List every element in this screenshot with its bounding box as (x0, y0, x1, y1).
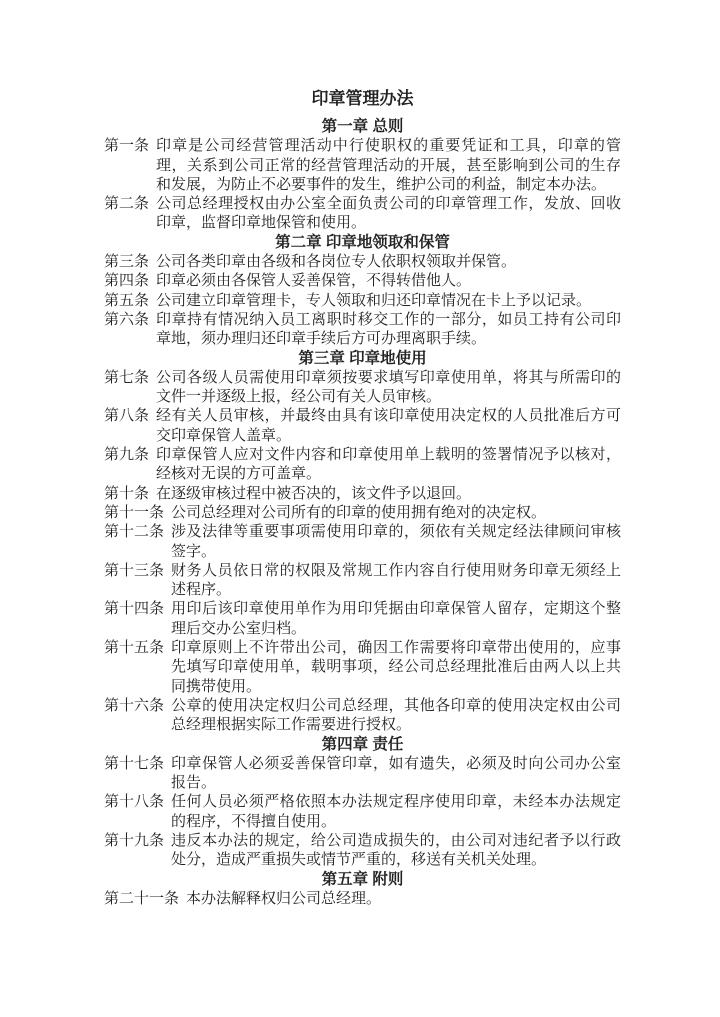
article-number: 第九条 (104, 445, 149, 464)
article-text: 印章保管人必须妥善保管印章，如有遗失，必须及时向公司办公室报告。 (171, 754, 621, 793)
article-number: 第一条 (104, 136, 149, 155)
article-row: 第三条公司各类印章由各级和各岗位专人依职权领取并保管。 (104, 252, 621, 271)
article-text: 经有关人员审核，并最终由具有该印章使用决定权的人员批准后方可交印章保管人盖章。 (156, 406, 621, 445)
article-text: 印章原则上不许带出公司，确因工作需要将印章带出使用的，应事先填写印章使用单，载明… (171, 638, 621, 696)
article-row: 第十五条印章原则上不许带出公司，确因工作需要将印章带出使用的，应事先填写印章使用… (104, 638, 621, 696)
article-row: 第十二条涉及法律等重要事项需使用印章的，须依有关规定经法律顾问审核签字。 (104, 522, 621, 561)
article-row: 第六条印章持有情况纳入员工离职时移交工作的一部分，如员工持有公司印章地，须办理归… (104, 310, 621, 349)
chapter-heading: 第一章 总则 (104, 117, 621, 136)
article-text: 在逐级审核过程中被否决的，该文件予以退回。 (156, 484, 621, 503)
article-row: 第十一条公司总经理对公司所有的印章的使用拥有绝对的决定权。 (104, 503, 621, 522)
article-row: 第十四条用印后该印章使用单作为用印凭据由印章保管人留存，定期这个整理后交办公室归… (104, 599, 621, 638)
article-row: 第十七条印章保管人必须妥善保管印章，如有遗失，必须及时向公司办公室报告。 (104, 754, 621, 793)
article-row: 第四条印章必须由各保管人妥善保管，不得转借他人。 (104, 271, 621, 290)
article-row: 第十九条违反本办法的规定，给公司造成损失的，由公司对违纪者予以行政处分，造成严重… (104, 831, 621, 870)
article-row: 第十条在逐级审核过程中被否决的，该文件予以退回。 (104, 484, 621, 503)
article-text: 印章必须由各保管人妥善保管，不得转借他人。 (156, 271, 621, 290)
article-number: 第十三条 (104, 561, 164, 580)
article-number: 第七条 (104, 368, 149, 387)
document-page: 印章管理办法 第一章 总则第一条印章是公司经营管理活动中行使职权的重要凭证和工具… (0, 0, 720, 1017)
article-row: 第八条经有关人员审核，并最终由具有该印章使用决定权的人员批准后方可交印章保管人盖… (104, 406, 621, 445)
article-number: 第十四条 (104, 599, 164, 618)
chapter-heading: 第二章 印章地领取和保管 (104, 233, 621, 252)
article-number: 第三条 (104, 252, 149, 271)
document-title: 印章管理办法 (104, 88, 621, 110)
article-number: 第五条 (104, 291, 149, 310)
article-number: 第十五条 (104, 638, 164, 657)
article-row: 第二条公司总经理授权由办公室全面负责公司的印章管理工作，发放、回收印章，监督印章… (104, 194, 621, 233)
article-text: 财务人员依日常的权限及常规工作内容自行使用财务印章无须经上述程序。 (171, 561, 621, 600)
article-text: 公章的使用决定权归公司总经理，其他各印章的使用决定权由公司总经理根据实际工作需要… (171, 696, 621, 735)
article-text: 印章是公司经营管理活动中行使职权的重要凭证和工具，印章的管理，关系到公司正常的经… (156, 136, 621, 194)
article-number: 第十八条 (104, 792, 164, 811)
document-body: 第一章 总则第一条印章是公司经营管理活动中行使职权的重要凭证和工具，印章的管理，… (104, 117, 621, 908)
article-number: 第六条 (104, 310, 149, 329)
article-text: 涉及法律等重要事项需使用印章的，须依有关规定经法律顾问审核签字。 (171, 522, 621, 561)
article-number: 第十九条 (104, 831, 164, 850)
article-number: 第十一条 (104, 503, 164, 522)
chapter-heading: 第三章 印章地使用 (104, 349, 621, 368)
article-row: 第十八条任何人员必须严格依照本办法规定程序使用印章，未经本办法规定的程序，不得擅… (104, 792, 621, 831)
article-number: 第四条 (104, 271, 149, 290)
article-text: 违反本办法的规定，给公司造成损失的，由公司对违纪者予以行政处分，造成严重损失或情… (171, 831, 621, 870)
article-row: 第二十一条本办法解释权归公司总经理。 (104, 889, 621, 908)
article-text: 公司总经理授权由办公室全面负责公司的印章管理工作，发放、回收印章，监督印章地保管… (156, 194, 621, 233)
article-number: 第十七条 (104, 754, 164, 773)
chapter-heading: 第四章 责任 (104, 735, 621, 754)
article-number: 第十六条 (104, 696, 164, 715)
article-text: 任何人员必须严格依照本办法规定程序使用印章，未经本办法规定的程序，不得擅自使用。 (171, 792, 621, 831)
article-text: 印章持有情况纳入员工离职时移交工作的一部分，如员工持有公司印章地，须办理归还印章… (156, 310, 621, 349)
article-text: 公司建立印章管理卡，专人领取和归还印章情况在卡上予以记录。 (156, 291, 621, 310)
article-row: 第一条印章是公司经营管理活动中行使职权的重要凭证和工具，印章的管理，关系到公司正… (104, 136, 621, 194)
article-text: 用印后该印章使用单作为用印凭据由印章保管人留存，定期这个整理后交办公室归档。 (171, 599, 621, 638)
article-number: 第二十一条 (104, 889, 179, 908)
article-text: 公司各类印章由各级和各岗位专人依职权领取并保管。 (156, 252, 621, 271)
article-row: 第十六条公章的使用决定权归公司总经理，其他各印章的使用决定权由公司总经理根据实际… (104, 696, 621, 735)
article-text: 公司总经理对公司所有的印章的使用拥有绝对的决定权。 (171, 503, 621, 522)
article-number: 第十条 (104, 484, 149, 503)
article-row: 第九条印章保管人应对文件内容和印章使用单上载明的签署情况予以核对，经核对无误的方… (104, 445, 621, 484)
chapter-heading: 第五章 附则 (104, 870, 621, 889)
article-number: 第十二条 (104, 522, 164, 541)
article-text: 印章保管人应对文件内容和印章使用单上载明的签署情况予以核对，经核对无误的方可盖章… (156, 445, 621, 484)
article-number: 第二条 (104, 194, 149, 213)
article-number: 第八条 (104, 406, 149, 425)
article-row: 第七条公司各级人员需使用印章须按要求填写印章使用单，将其与所需印的文件一并逐级上… (104, 368, 621, 407)
article-text: 本办法解释权归公司总经理。 (186, 889, 621, 908)
article-row: 第十三条财务人员依日常的权限及常规工作内容自行使用财务印章无须经上述程序。 (104, 561, 621, 600)
article-row: 第五条公司建立印章管理卡，专人领取和归还印章情况在卡上予以记录。 (104, 291, 621, 310)
article-text: 公司各级人员需使用印章须按要求填写印章使用单，将其与所需印的文件一并逐级上报，经… (156, 368, 621, 407)
